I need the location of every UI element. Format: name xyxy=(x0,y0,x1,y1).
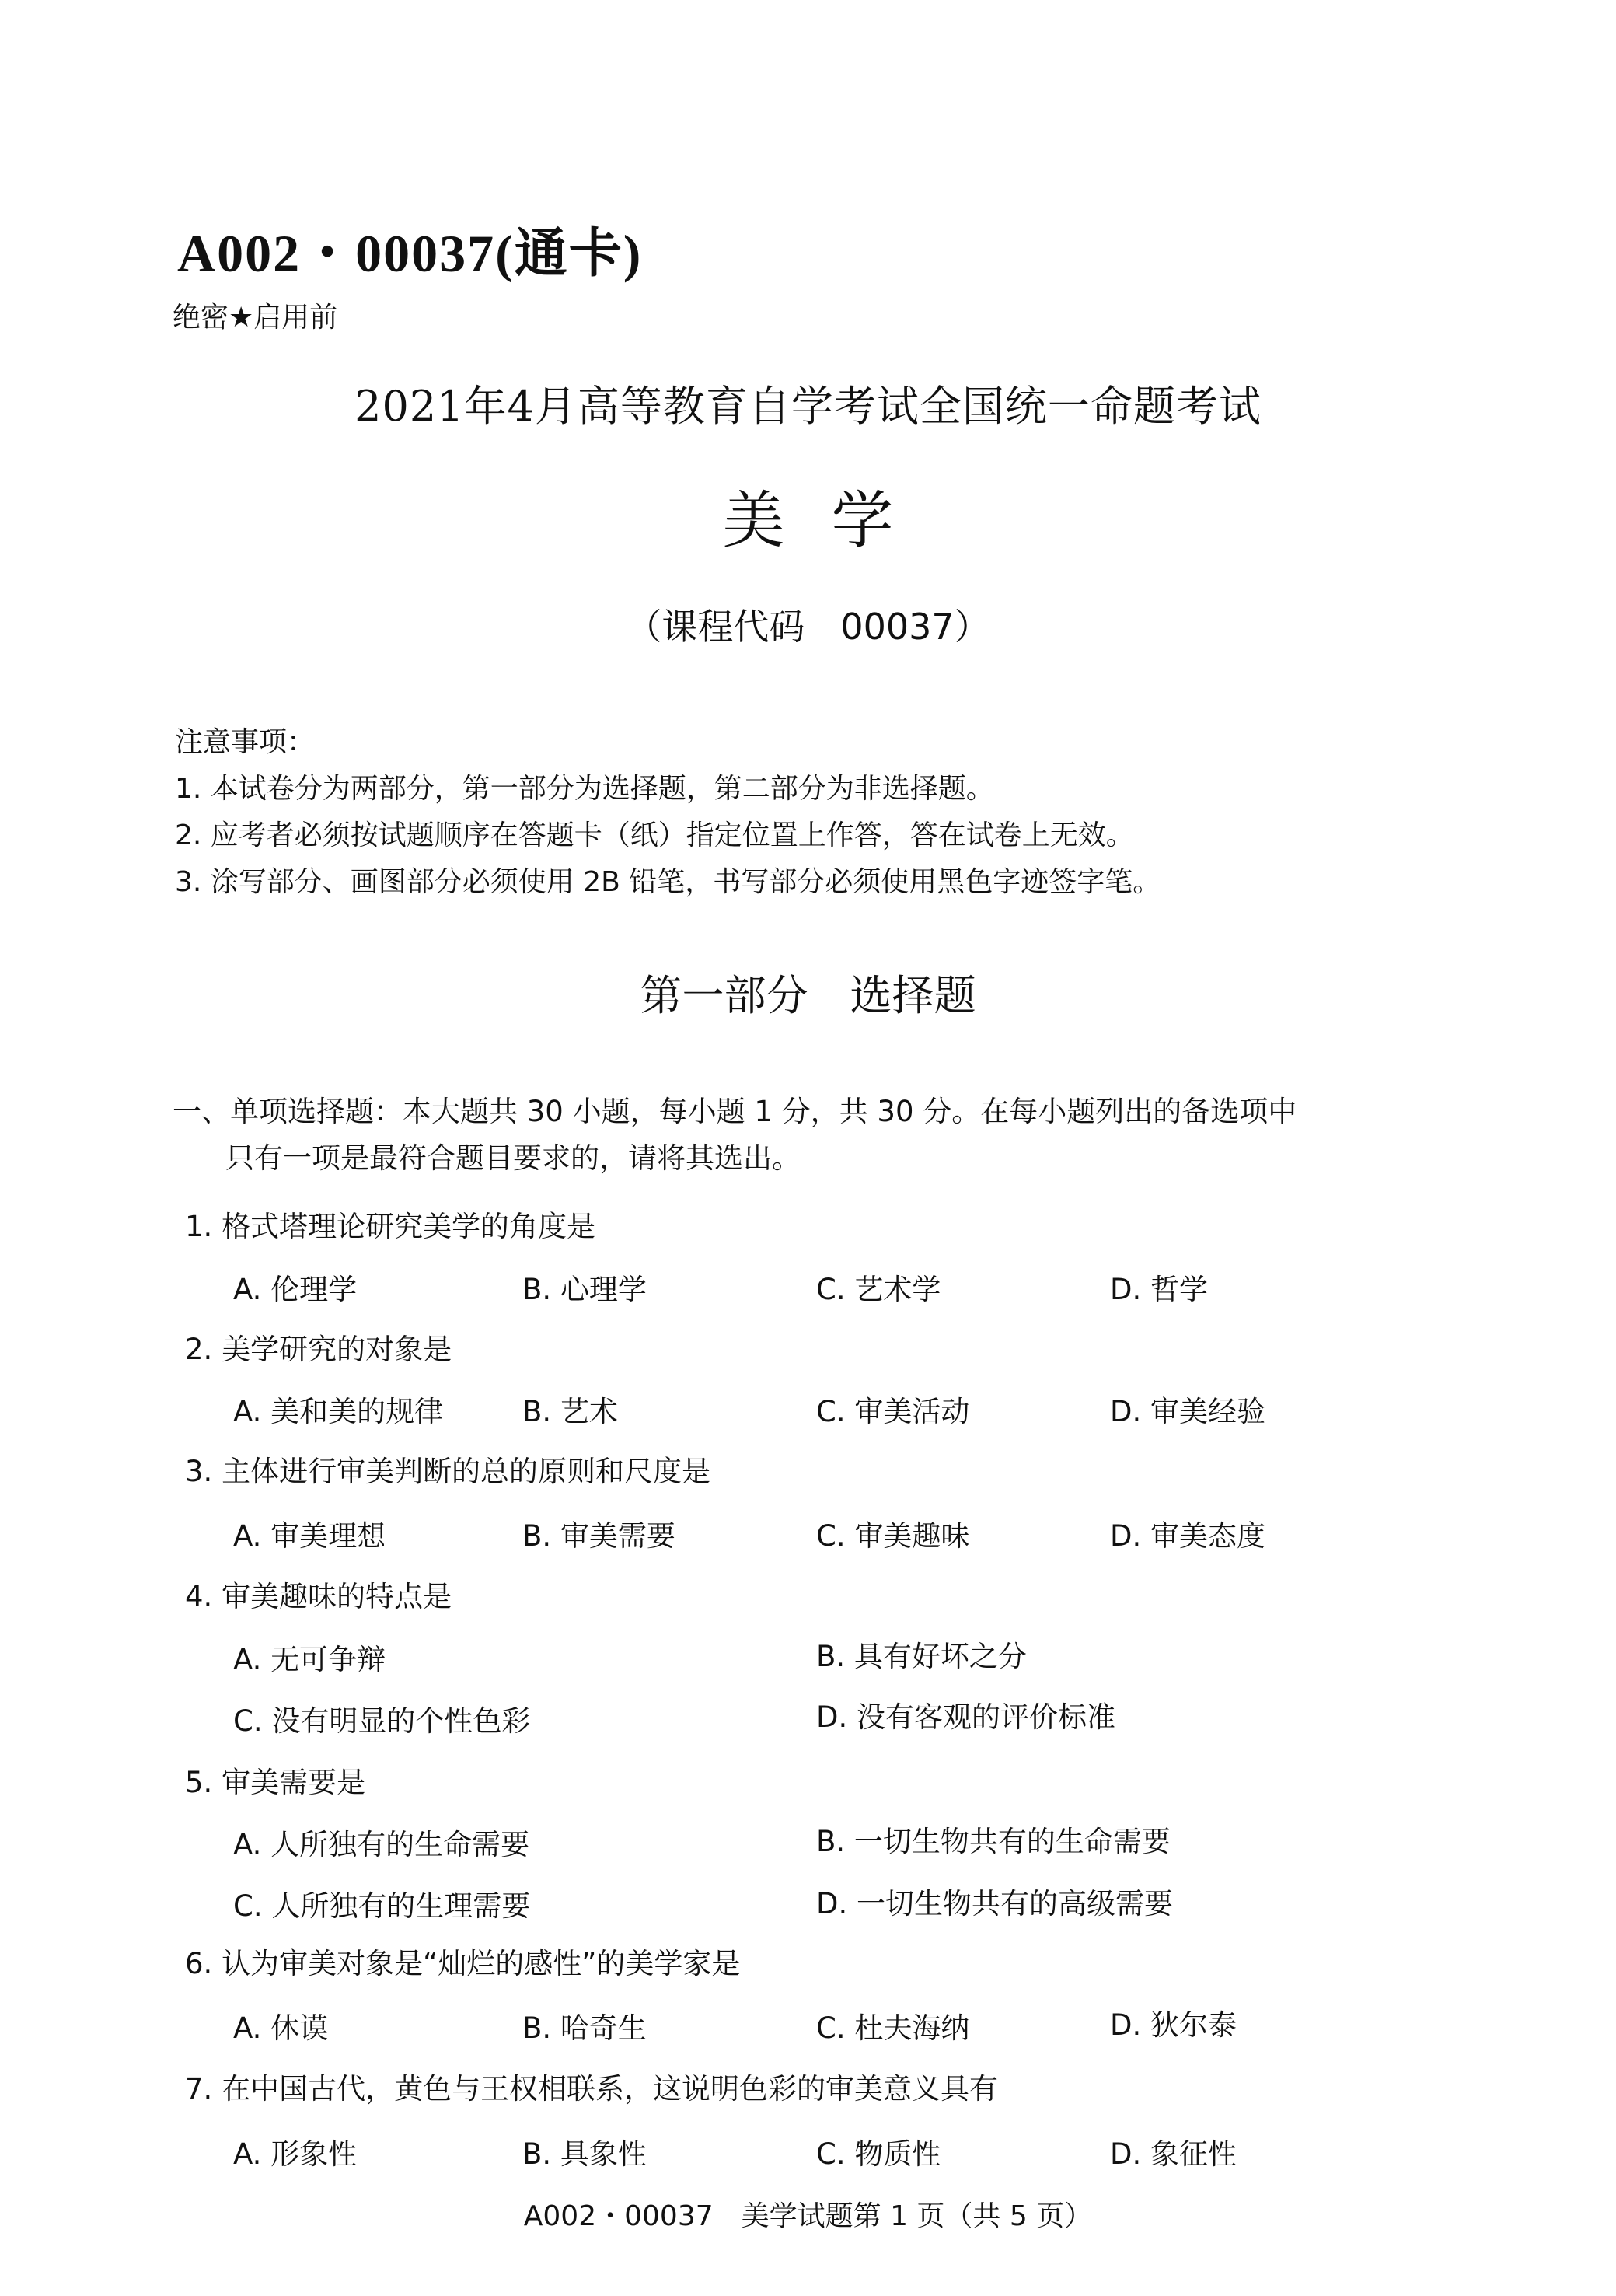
option: B. 哈奇生 xyxy=(522,2004,647,2046)
option: D. 狄尔泰 xyxy=(1110,2001,1237,2043)
option: C. 人所独有的生理需要 xyxy=(233,1882,530,1924)
option: B. 具象性 xyxy=(522,2130,647,2172)
question-stem: 1. 格式塔理论研究美学的角度是 xyxy=(185,1203,595,1245)
notes-title: 注意事项： xyxy=(175,719,1161,766)
option: D. 哲学 xyxy=(1110,1266,1208,1308)
paper-code: A002・00037(通卡) xyxy=(177,211,642,287)
note-item: 2. 应考者必须按试题顺序在答题卡（纸）指定位置上作答，答在试卷上无效。 xyxy=(175,813,1161,859)
option: A. 人所独有的生命需要 xyxy=(233,1821,529,1863)
option: D. 没有客观的评价标准 xyxy=(816,1693,1115,1735)
exam-title: 2021年4月高等教育自学考试全国统一命题考试 xyxy=(0,373,1616,433)
option: B. 具有好坏之分 xyxy=(816,1633,1027,1675)
option: C. 审美趣味 xyxy=(816,1512,969,1554)
option: D. 审美态度 xyxy=(1110,1512,1265,1554)
option: D. 审美经验 xyxy=(1110,1388,1265,1430)
notes-block: 注意事项： 1. 本试卷分为两部分，第一部分为选择题，第二部分为非选择题。 2.… xyxy=(175,719,1161,906)
section-heading-line: 只有一项是最符合题目要求的，请将其选出。 xyxy=(173,1135,1297,1182)
question-stem: 2. 美学研究的对象是 xyxy=(185,1326,452,1368)
option: B. 一切生物共有的生命需要 xyxy=(816,1818,1171,1860)
note-item: 1. 本试卷分为两部分，第一部分为选择题，第二部分为非选择题。 xyxy=(175,766,1161,813)
option: A. 伦理学 xyxy=(233,1266,357,1308)
note-item: 3. 涂写部分、画图部分必须使用 2B 铅笔，书写部分必须使用黑色字迹签字笔。 xyxy=(175,859,1161,906)
option: A. 审美理想 xyxy=(233,1512,386,1554)
option: C. 审美活动 xyxy=(816,1388,969,1430)
option: C. 物质性 xyxy=(816,2130,941,2172)
option: A. 美和美的规律 xyxy=(233,1388,443,1430)
confidentiality-label: 绝密★启用前 xyxy=(173,295,337,335)
section-heading-line: 一、单项选择题：本大题共 30 小题，每小题 1 分，共 30 分。在每小题列出… xyxy=(173,1089,1297,1135)
question-stem: 5. 审美需要是 xyxy=(185,1759,365,1801)
option: C. 杜夫海纳 xyxy=(816,2004,969,2046)
part-title: 第一部分 选择题 xyxy=(0,963,1616,1022)
option: A. 休谟 xyxy=(233,2004,328,2046)
course-code: （课程代码 00037） xyxy=(0,599,1616,650)
option: D. 一切生物共有的高级需要 xyxy=(816,1880,1173,1922)
option: A. 形象性 xyxy=(233,2130,357,2172)
question-stem: 3. 主体进行审美判断的总的原则和尺度是 xyxy=(185,1448,710,1490)
question-stem: 7. 在中国古代，黄色与王权相联系，这说明色彩的审美意义具有 xyxy=(185,2065,998,2107)
option: B. 心理学 xyxy=(522,1266,647,1308)
question-stem: 4. 审美趣味的特点是 xyxy=(185,1573,452,1615)
subject-title: 美学 xyxy=(0,470,1616,560)
section-heading: 一、单项选择题：本大题共 30 小题，每小题 1 分，共 30 分。在每小题列出… xyxy=(173,1089,1297,1182)
option: D. 象征性 xyxy=(1110,2130,1237,2172)
option: C. 艺术学 xyxy=(816,1266,941,1308)
option: C. 没有明显的个性色彩 xyxy=(233,1697,530,1739)
option: B. 审美需要 xyxy=(522,1512,675,1554)
page-footer: A002・00037 美学试题第 1 页（共 5 页） xyxy=(0,2194,1616,2234)
question-stem: 6. 认为审美对象是“灿烂的感性”的美学家是 xyxy=(185,1940,740,1982)
option: B. 艺术 xyxy=(522,1388,618,1430)
option: A. 无可争辩 xyxy=(233,1636,386,1678)
